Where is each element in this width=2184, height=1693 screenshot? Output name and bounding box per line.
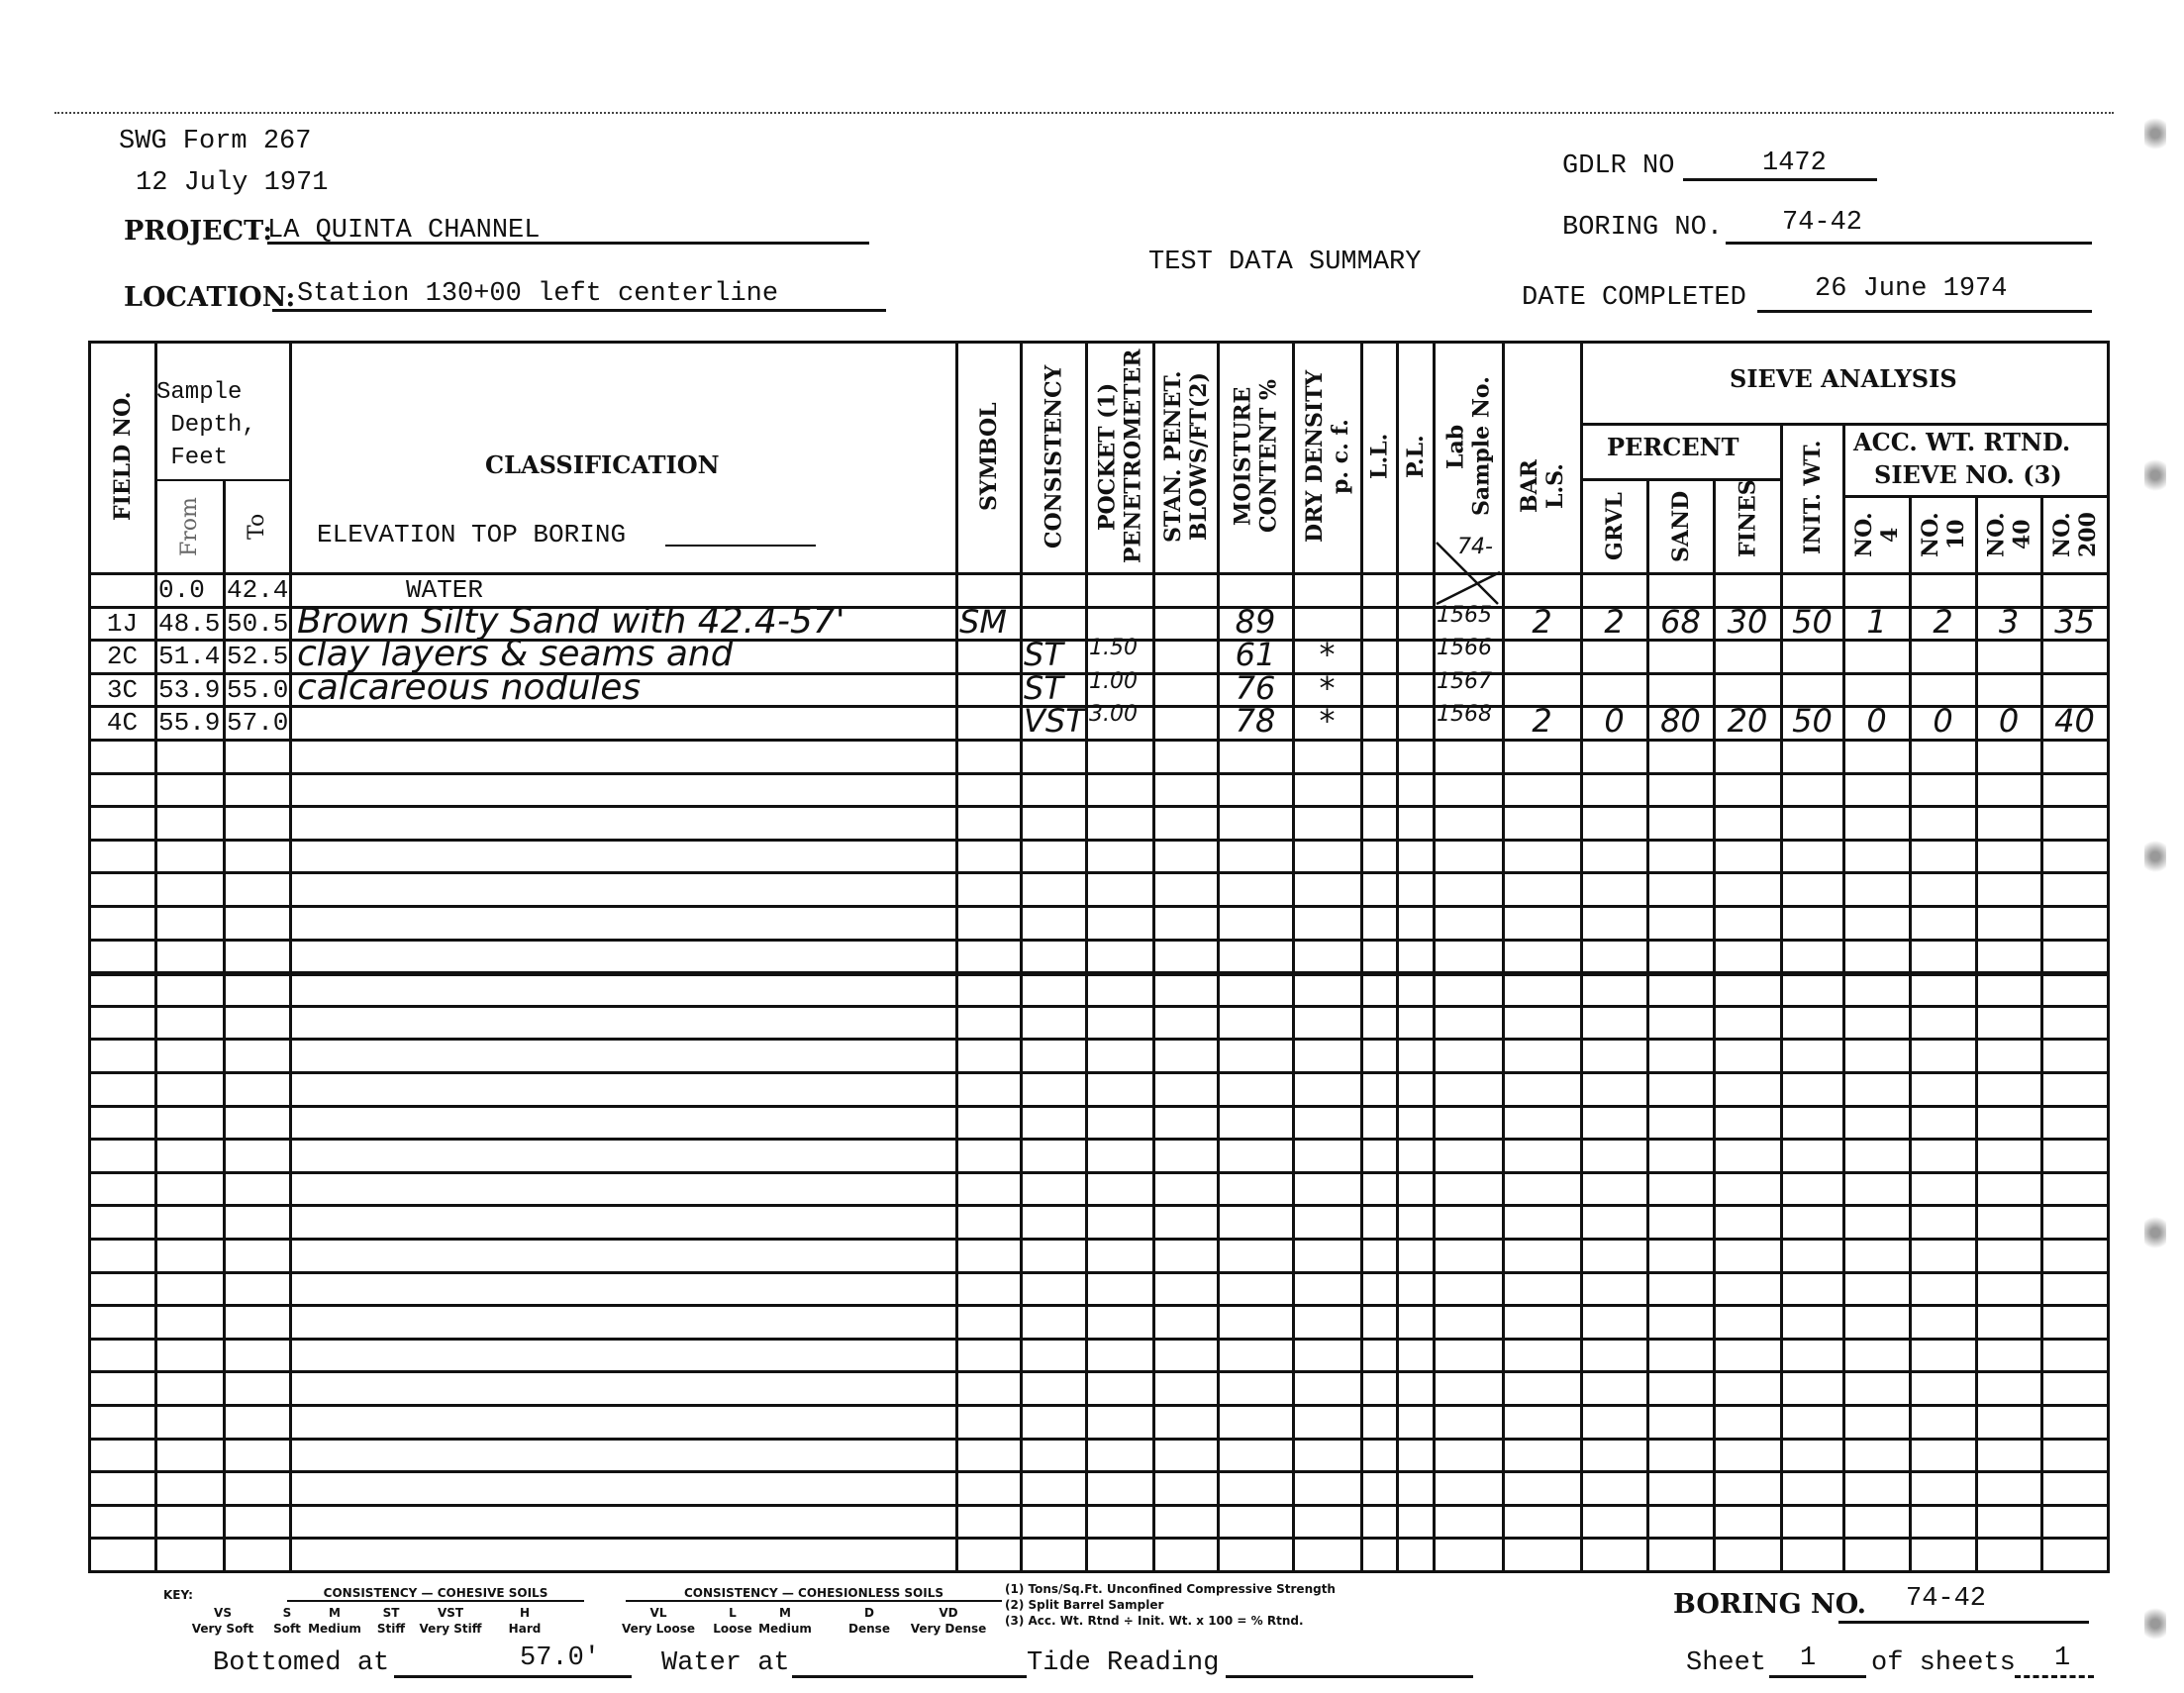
project-underline [267, 242, 869, 245]
key-cohesionless-abbr: M [755, 1606, 815, 1620]
cell-field-no: 1J [92, 609, 152, 639]
cell-lab-no: 1567 [1437, 669, 1500, 694]
header-elevation: ELEVATION TOP BORING [317, 520, 626, 549]
cell-no10: 2 [1913, 603, 1973, 641]
row-divider [88, 1171, 2110, 1174]
cell-pocket: 1.00 [1089, 669, 1150, 694]
cell-no4: 1 [1846, 603, 1907, 641]
header-no10: NO. 10 [1912, 505, 1975, 564]
boring-label: BORING NO. [1562, 213, 1723, 243]
cell-pocket: 3.00 [1089, 702, 1150, 727]
cell-moisture: 89 [1221, 603, 1290, 641]
cell-consistency: VST [1024, 702, 1083, 740]
header-sieve-no: SIEVE NO. (3) [1874, 460, 2062, 489]
header-moisture: MOISTURE CONTENT % [1220, 349, 1292, 564]
cell-moisture: 78 [1221, 702, 1290, 740]
row-divider [88, 772, 2110, 775]
project-label: PROJECT: [124, 216, 272, 247]
key-label: KEY: [163, 1588, 193, 1602]
cell-field-no: 4C [92, 708, 152, 738]
row-divider [88, 1204, 2110, 1207]
row-divider [88, 939, 2110, 942]
key-cohesionless-name: Medium [741, 1622, 830, 1636]
cell-moisture: 61 [1221, 636, 1290, 673]
row-divider [88, 805, 2110, 808]
bottomed-underline [394, 1675, 632, 1678]
strike-mark [1433, 533, 1502, 607]
cell-field-no: 2C [92, 642, 152, 671]
key-cohesionless-abbr: VD [919, 1606, 978, 1620]
boring-value: 74-42 [1782, 208, 1862, 238]
header-ll: L.L. [1363, 349, 1396, 564]
sample-depth-divider [154, 479, 289, 481]
key-cohesionless-abbr: VL [629, 1606, 688, 1620]
footer-boring-label: BORING NO. [1673, 1589, 1866, 1620]
of-sheets-underline [2015, 1675, 2094, 1678]
gdlr-underline [1683, 178, 1877, 181]
sheet-label: Sheet [1686, 1648, 1766, 1678]
row-divider [88, 839, 2110, 842]
header-no200: NO. 200 [2043, 505, 2107, 564]
key-cohesionless-name: Dense [825, 1622, 914, 1636]
key-cohesive-name: Hard [485, 1622, 564, 1636]
cell-no200: 40 [2044, 702, 2105, 740]
cell-from: 48.5 [158, 609, 221, 639]
cell-from: 55.9 [158, 708, 221, 738]
key-note: (3) Acc. Wt. Rtnd ÷ Init. Wt. x 100 = % … [1005, 1614, 1304, 1628]
of-sheets-value: 1 [2054, 1643, 2070, 1673]
key-cohesive-name: Very Stiff [411, 1622, 490, 1636]
of-sheets-label: of sheets [1871, 1648, 2016, 1678]
row-divider [88, 1271, 2110, 1274]
cell-dry-density: * [1296, 669, 1358, 707]
cell-consistency: ST [1024, 636, 1083, 673]
row-divider [88, 1504, 2110, 1507]
header-sample-depth: Sample Depth, Feet [156, 376, 256, 474]
header-bar-ls: BAR L.S. [1505, 408, 1580, 564]
header-dry-density: DRY DENSITY p. c. f. [1295, 349, 1360, 564]
column-divider [2107, 341, 2110, 572]
header-symbol: SYMBOL [958, 349, 1020, 564]
sheet-underline [1769, 1675, 1866, 1678]
row-divider [88, 1338, 2110, 1341]
row-divider [88, 1438, 2110, 1441]
key-note: (1) Tons/Sq.Ft. Unconfined Compressive S… [1005, 1582, 1336, 1596]
cell-from: 53.9 [158, 675, 221, 705]
cell-bar-ls: 2 [1506, 702, 1578, 740]
cell-dry-density: * [1296, 636, 1358, 673]
cell-to: 52.5 [227, 642, 287, 671]
row-divider [88, 1005, 2110, 1008]
cell-to: 55.0 [227, 675, 287, 705]
header-from: From [157, 489, 223, 564]
header-grvl: GRVL [1583, 488, 1646, 564]
header-percent: PERCENT [1607, 433, 1738, 461]
cell-no200: 35 [2044, 603, 2105, 641]
cell-grvl: 0 [1584, 702, 1644, 740]
header-consistency: CONSISTENCY [1023, 349, 1085, 564]
key-cohesive-abbr: ST [361, 1606, 421, 1620]
row-divider [88, 971, 2110, 976]
row-divider [88, 1370, 2110, 1373]
key-cohesive-abbr: VS [193, 1606, 252, 1620]
cell-dry-density: * [1296, 702, 1358, 740]
header-fines: FINES [1716, 473, 1780, 564]
location-underline [272, 309, 886, 312]
header-pl: P.L. [1399, 349, 1433, 564]
row-divider [88, 1105, 2110, 1108]
scan-artifact [2144, 837, 2166, 876]
header-field-no: FIELD NO. [91, 349, 154, 564]
cell-sand: 80 [1650, 702, 1711, 740]
bottomed-label: Bottomed at [213, 1648, 389, 1678]
cell-classification: calcareous nodules [297, 667, 641, 708]
scan-artifact [2144, 455, 2166, 495]
elevation-underline [665, 545, 816, 547]
key-cohesive-abbr: H [495, 1606, 554, 1620]
boring-underline [1726, 242, 2092, 245]
row-divider [88, 905, 2110, 908]
key-cohesionless-title: CONSISTENCY — COHESIONLESS SOILS [626, 1586, 1002, 1602]
date-completed-label: DATE COMPLETED [1522, 283, 1746, 313]
water-underline [792, 1675, 1027, 1678]
gdlr-label: GDLR NO [1562, 151, 1674, 181]
location-value: Station 130+00 left centerline [297, 279, 778, 309]
cell-to: 50.5 [227, 609, 287, 639]
cell-fines: 30 [1717, 603, 1778, 641]
key-cohesive-title: CONSISTENCY — COHESIVE SOILS [287, 1586, 584, 1602]
row-divider [88, 1404, 2110, 1407]
cell-from: 51.4 [158, 642, 221, 671]
cell-pocket: 1.50 [1089, 636, 1150, 660]
cell-no4: 0 [1846, 702, 1907, 740]
row-divider [88, 871, 2110, 874]
row-divider [88, 1071, 2110, 1074]
cell-bar-ls: 2 [1506, 603, 1578, 641]
row-divider [88, 1238, 2110, 1241]
row-divider [88, 1537, 2110, 1540]
cell-to: 57.0 [227, 708, 287, 738]
footer-boring-value: 74-42 [1906, 1584, 1986, 1614]
cell-field-no: 3C [92, 675, 152, 705]
row-divider [88, 1304, 2110, 1307]
location-label: LOCATION: [124, 282, 295, 313]
tide-underline [1226, 1675, 1473, 1678]
row-divider [88, 1470, 2110, 1473]
water-label: Water at [661, 1648, 790, 1678]
header-classification: CLASSIFICATION [485, 450, 720, 479]
cell-consistency: ST [1024, 669, 1083, 707]
page-top-edge [54, 112, 2114, 114]
cell-lab-no: 1566 [1437, 636, 1500, 660]
header-no4: NO. 4 [1845, 505, 1909, 564]
sheet-value: 1 [1800, 1643, 1816, 1673]
bottomed-value: 57.0' [520, 1643, 600, 1673]
footer-boring-underline [1838, 1621, 2089, 1624]
key-note: (2) Split Barrel Sampler [1005, 1598, 1163, 1612]
header-no40: NO. 40 [1978, 505, 2040, 564]
header-acc-wt: ACC. WT. RTND. [1853, 428, 2070, 456]
key-cohesive-abbr: VST [421, 1606, 480, 1620]
tide-label: Tide Reading [1027, 1648, 1219, 1678]
document-title: TEST DATA SUMMARY [1148, 248, 1421, 277]
cell-no40: 0 [1979, 702, 2038, 740]
key-cohesive-abbr: M [305, 1606, 364, 1620]
key-cohesionless-name: Very Dense [904, 1622, 993, 1636]
key-cohesionless-abbr: D [840, 1606, 899, 1620]
header-sand: SAND [1649, 488, 1713, 564]
scan-artifact [2144, 1213, 2166, 1252]
header-pocket-penetrometer: POCKET (1) PENETROMETER [1088, 349, 1152, 564]
header-bottom-border [88, 572, 2110, 575]
cell-moisture: 76 [1221, 669, 1290, 707]
row-divider [88, 1138, 2110, 1141]
form-date: 12 July 1971 [136, 168, 328, 198]
cell-fines: 20 [1717, 702, 1778, 740]
acc-divider [1842, 495, 2107, 498]
header-sieve-analysis: SIEVE ANALYSIS [1730, 364, 1957, 393]
cell-init-wt: 50 [1784, 702, 1840, 740]
cell-symbol: SM [959, 603, 1018, 641]
row-divider [88, 1038, 2110, 1041]
row-divider [88, 1570, 2110, 1573]
cell-lab-no: 1568 [1437, 702, 1500, 727]
key-cohesionless-abbr: L [703, 1606, 762, 1620]
header-lab-sample: Lab Sample No. [1436, 349, 1502, 545]
scan-artifact [2144, 1604, 2166, 1643]
gdlr-value: 1472 [1762, 149, 1827, 178]
header-stan-penet: STAN. PENET. BLOWS/FT(2) [1155, 349, 1217, 564]
cell-init-wt: 50 [1784, 603, 1840, 641]
scan-artifact [2144, 114, 2166, 153]
form-name: SWG Form 267 [119, 127, 311, 156]
column-divider [289, 341, 292, 572]
cell-from: 0.0 [158, 575, 221, 605]
date-completed-value: 26 June 1974 [1815, 274, 2007, 304]
cell-no10: 0 [1913, 702, 1973, 740]
cell-to: 42.4 [227, 575, 287, 605]
cell-lab-no: 1565 [1437, 603, 1500, 628]
date-completed-underline [1757, 310, 2092, 313]
header-init-wt: INIT. WT. [1783, 431, 1842, 564]
cell-no40: 3 [1979, 603, 2038, 641]
header-to: To [226, 489, 289, 564]
cell-grvl: 2 [1584, 603, 1644, 641]
cell-sand: 68 [1650, 603, 1711, 641]
